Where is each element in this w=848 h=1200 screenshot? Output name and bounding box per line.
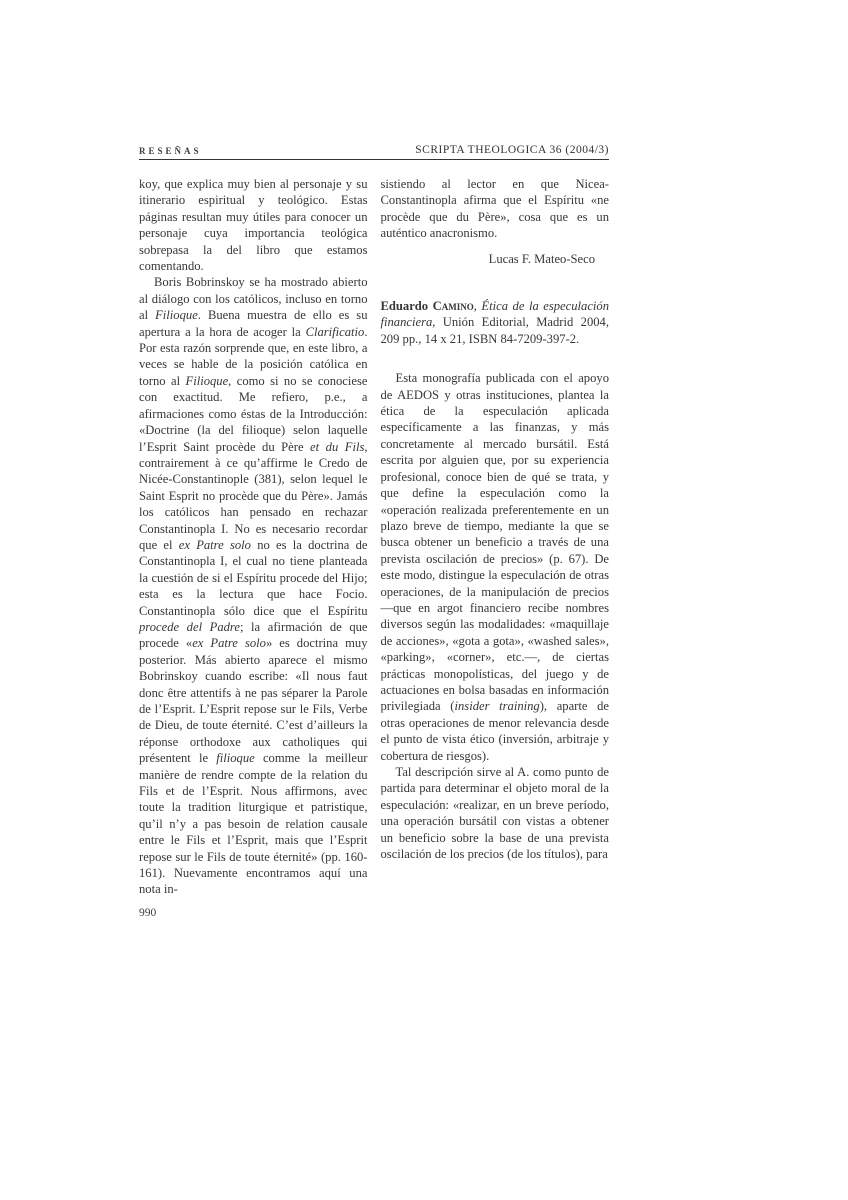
column-right: sistiendo al lector en que Nicea-Constan… [381,176,610,898]
paragraph-continuation: sistiendo al lector en que Nicea-Constan… [381,176,610,242]
text-run: ex Patre solo [179,538,251,552]
text-run: Filioque [155,308,198,322]
text-run: Esta monografía publicada con el apoyo d… [381,371,610,713]
text-run: insider training [455,699,540,713]
text-run: Clarificatio [306,325,365,339]
scanned-journal-page: RESEÑAS SCRIPTA THEOLOGICA 36 (2004/3) k… [0,0,848,1200]
text-run: koy, que explica muy bien al personaje y… [139,177,368,273]
paragraph: Boris Bobrinskoy se ha mostrado abierto … [139,274,368,897]
reviewer-signature: Lucas F. Mateo-Seco [381,251,610,267]
text-run: » es doctrina muy posterior. Más abierto… [139,636,368,765]
text-run: et du Fils [310,440,364,454]
paragraph: Tal descripción sirve al A. como punto d… [381,764,610,862]
text-run: sistiendo al lector en que Nicea-Constan… [381,177,610,240]
page-number: 990 [139,907,609,919]
text-run: Lucas F. Mateo-Seco [489,252,595,266]
text-run: Camino [433,299,474,313]
running-header: RESEÑAS SCRIPTA THEOLOGICA 36 (2004/3) [139,144,609,160]
column-left: koy, que explica muy bien al personaje y… [139,176,368,898]
text-run: comme la meilleur manière de rendre comp… [139,751,368,896]
book-reference: Eduardo Camino, Ética de la especulación… [381,298,610,347]
page-content: RESEÑAS SCRIPTA THEOLOGICA 36 (2004/3) k… [139,144,609,919]
section-label: RESEÑAS [139,146,202,156]
text-run: filioque [216,751,254,765]
text-run: Eduardo [381,299,433,313]
text-run: procede del Padre [139,620,240,634]
text-run: ex Patre solo [192,636,266,650]
paragraph-continuation: koy, que explica muy bien al personaje y… [139,176,368,274]
journal-title: SCRIPTA THEOLOGICA 36 (2004/3) [415,144,609,156]
text-run: , contrairement à ce qu’affirme le Credo… [139,440,368,552]
paragraph: Esta monografía publicada con el apoyo d… [381,370,610,764]
text-run: Filioque [186,374,229,388]
text-run: Tal descripción sirve al A. como punto d… [381,765,610,861]
two-column-text: koy, que explica muy bien al personaje y… [139,176,609,898]
